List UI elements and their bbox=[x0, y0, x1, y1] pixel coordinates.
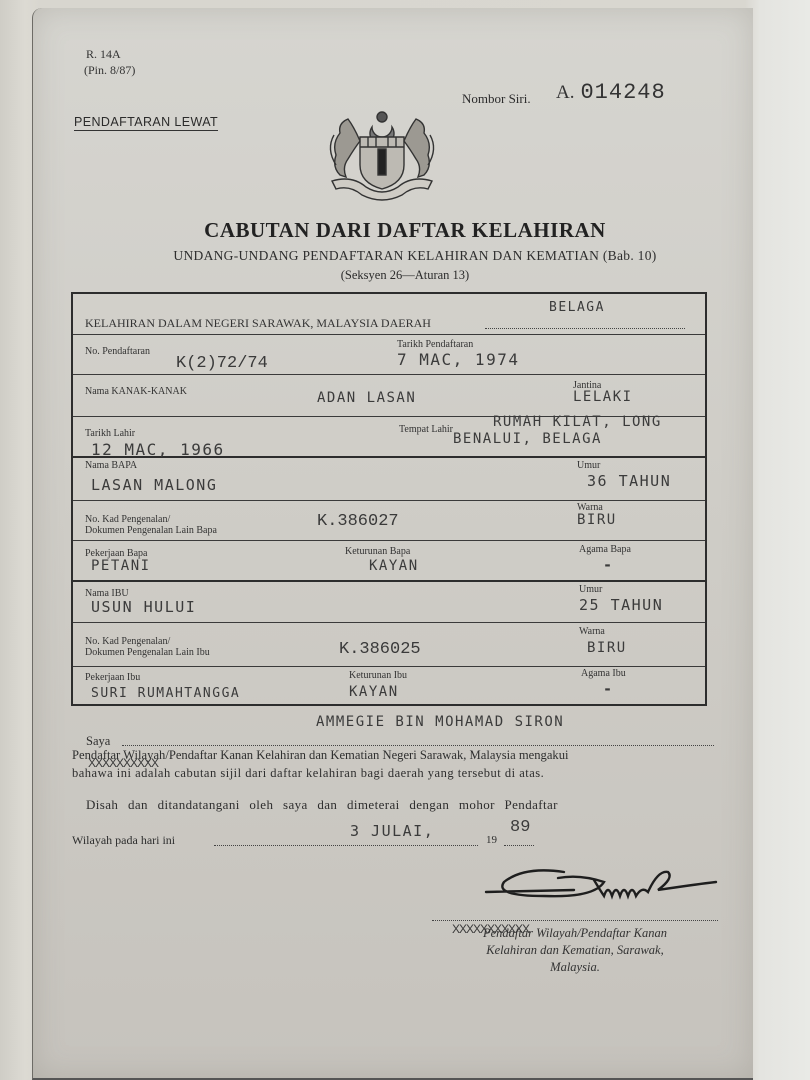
form-code: R. 14A (Pin. 8/87) bbox=[84, 46, 135, 78]
birth-place-line2: BENALUI, BELAGA bbox=[453, 431, 602, 447]
father-id-value: K.386027 bbox=[317, 512, 399, 531]
mother-id-label-1: No. Kad Pengenalan/ bbox=[85, 636, 170, 647]
child-name-label: Nama KANAK-KANAK bbox=[85, 386, 187, 397]
father-religion-value: - bbox=[603, 556, 614, 574]
father-name-value: LASAN MALONG bbox=[91, 476, 217, 494]
late-registration-heading: PENDAFTARAN LEWAT bbox=[74, 115, 218, 131]
father-id-label-2: Dokumen Pengenalan Lain Bapa bbox=[85, 525, 217, 536]
coat-of-arms-icon bbox=[318, 105, 446, 201]
date-dotted-line bbox=[214, 845, 478, 846]
signatory-title-line-2: Kelahiran dan Kematian, Sarawak, bbox=[440, 942, 710, 959]
father-race-label: Keturunan Bapa bbox=[345, 546, 410, 557]
district-row: KELAHIRAN DALAM NEGERI SARAWAK, MALAYSIA… bbox=[73, 294, 705, 335]
mother-name-value: USUN HULUI bbox=[91, 598, 196, 616]
form-revision: (Pin. 8/87) bbox=[84, 62, 135, 78]
mother-color-label: Warna bbox=[579, 626, 605, 637]
act-subtitle: UNDANG-UNDANG PENDAFTARAN KELAHIRAN DAN … bbox=[0, 248, 800, 264]
registrar-name-dotted-line bbox=[122, 745, 714, 746]
registration-date-value: 7 MAC, 1974 bbox=[397, 350, 519, 369]
birth-place-label: Tempat Lahir bbox=[399, 424, 453, 435]
registrar-name: AMMEGIE BIN MOHAMAD SIRON bbox=[316, 714, 564, 730]
district-label: KELAHIRAN DALAM NEGERI SARAWAK, MALAYSIA… bbox=[85, 318, 431, 329]
signatory-title-line-1: Pendaftar Wilayah/Pendaftar Kanan bbox=[440, 925, 710, 942]
mother-job-label: Pekerjaan Ibu bbox=[85, 672, 140, 683]
father-details-row: Pekerjaan Bapa PETANI Keturunan Bapa KAY… bbox=[73, 540, 705, 582]
mother-age-label: Umur bbox=[579, 584, 602, 595]
year-prefix: 19 bbox=[486, 834, 497, 846]
document-title: CABUTAN DARI DAFTAR KELAHIRAN bbox=[0, 218, 810, 243]
district-value: BELAGA bbox=[549, 300, 605, 315]
district-dotted-line bbox=[485, 328, 685, 329]
father-age-value: 36 TAHUN bbox=[587, 472, 671, 490]
declaration-line-2: bahawa ini adalah cabutan sijil dari daf… bbox=[72, 766, 544, 781]
mother-id-row: No. Kad Pengenalan/ Dokumen Pengenalan L… bbox=[73, 622, 705, 667]
child-name-value: ADAN LASAN bbox=[317, 390, 416, 406]
birth-place-line1: RUMAH KILAT, LONG bbox=[493, 414, 662, 430]
serial-number: A.014248 bbox=[556, 80, 666, 105]
signature-dotted-line bbox=[432, 920, 718, 921]
registration-no-value: K(2)72/74 bbox=[176, 354, 268, 373]
mother-religion-label: Agama Ibu bbox=[581, 668, 626, 679]
registration-table: KELAHIRAN DALAM NEGERI SARAWAK, MALAYSIA… bbox=[71, 292, 707, 706]
father-id-row: No. Kad Pengenalan/ Dokumen Pengenalan L… bbox=[73, 500, 705, 541]
mother-id-label-2: Dokumen Pengenalan Lain Ibu bbox=[85, 647, 210, 658]
mother-job-value: SURI RUMAHTANGGA bbox=[91, 686, 240, 701]
mother-color-value: BIRU bbox=[587, 640, 627, 656]
saya-label: Saya bbox=[86, 734, 110, 749]
father-age-label: Umur bbox=[577, 460, 600, 471]
father-color-value: BIRU bbox=[577, 512, 617, 528]
section-subtitle: (Seksyen 26—Aturan 13) bbox=[0, 268, 790, 283]
declaration-line-3: Disah dan ditandatangani oleh saya dan d… bbox=[86, 797, 558, 813]
father-id-label-1: No. Kad Pengenalan/ bbox=[85, 514, 170, 525]
serial-number-label: Nombor Siri. bbox=[462, 91, 531, 107]
mother-age-value: 25 TAHUN bbox=[579, 596, 663, 614]
year-value: 89 bbox=[510, 818, 530, 837]
father-religion-label: Agama Bapa bbox=[579, 544, 631, 555]
date-label: Wilayah pada hari ini bbox=[72, 833, 175, 848]
registration-date-label: Tarikh Pendaftaran bbox=[397, 339, 473, 350]
father-name-row: Nama BAPA LASAN MALONG Umur 36 TAHUN bbox=[73, 456, 705, 501]
serial-number-value: 014248 bbox=[580, 80, 665, 105]
signatory-title: Pendaftar Wilayah/Pendaftar Kanan Kelahi… bbox=[440, 925, 710, 976]
year-dotted-line bbox=[504, 845, 534, 846]
signatory-title-line-3: Malaysia. bbox=[440, 959, 710, 976]
signature-icon bbox=[484, 852, 724, 912]
serial-prefix: A. bbox=[556, 82, 574, 103]
registration-row: No. Pendaftaran K(2)72/74 Tarikh Pendaft… bbox=[73, 334, 705, 375]
mother-race-value: KAYAN bbox=[349, 684, 399, 700]
date-value: 3 JULAI, bbox=[350, 822, 434, 840]
mother-details-row: Pekerjaan Ibu SURI RUMAHTANGGA Keturunan… bbox=[73, 666, 705, 704]
mother-id-value: K.386025 bbox=[339, 640, 421, 659]
birth-date-label: Tarikh Lahir bbox=[85, 428, 135, 439]
father-race-value: KAYAN bbox=[369, 558, 419, 574]
birth-row: Tarikh Lahir 12 MAC, 1966 Tempat Lahir R… bbox=[73, 416, 705, 458]
mother-religion-value: - bbox=[603, 680, 614, 698]
mother-race-label: Keturunan Ibu bbox=[349, 670, 407, 681]
mother-name-row: Nama IBU USUN HULUI Umur 25 TAHUN bbox=[73, 580, 705, 623]
father-job-value: PETANI bbox=[91, 558, 151, 574]
sex-value: LELAKI bbox=[573, 389, 633, 405]
registration-no-label: No. Pendaftaran bbox=[85, 346, 150, 357]
child-row: Nama KANAK-KANAK ADAN LASAN Jantina LELA… bbox=[73, 374, 705, 417]
father-name-label: Nama BAPA bbox=[85, 460, 137, 471]
form-code-number: R. 14A bbox=[84, 46, 135, 62]
